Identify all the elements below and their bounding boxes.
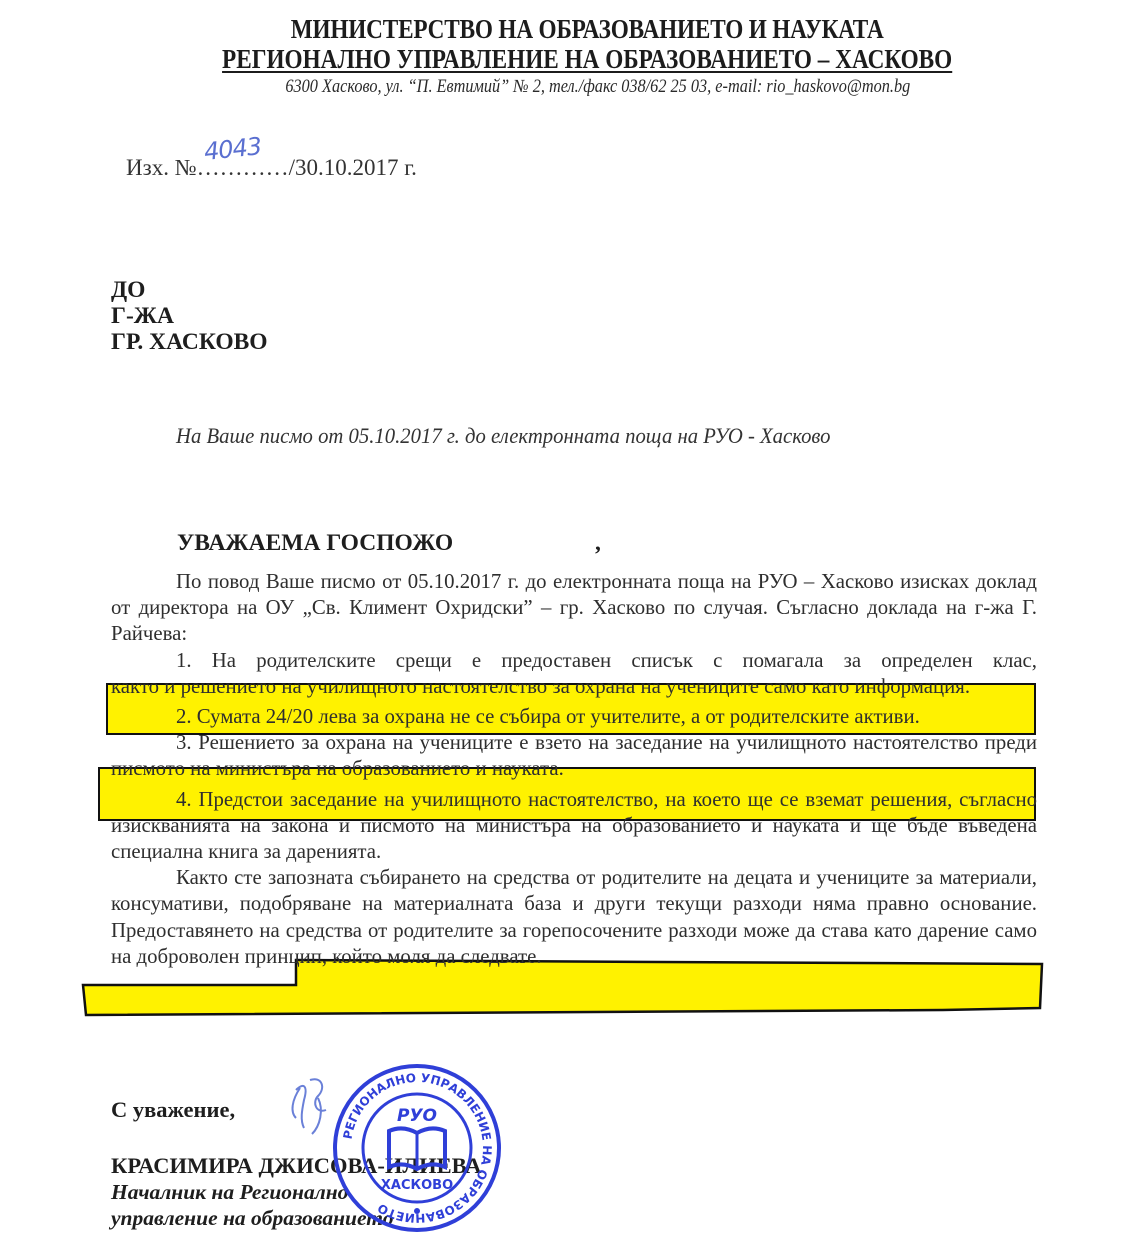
item-1-first-line: 1. На родителските срещи е предоставен с… xyxy=(111,648,1037,674)
addressee-city: ГР. ХАСКОВО xyxy=(111,329,268,356)
item-3-highlighted: 3. Решението за охрана на учениците е вз… xyxy=(111,730,1037,782)
intro-paragraph: По повод Ваше писмо от 05.10.2017 г. до … xyxy=(111,569,1037,648)
department-title: РЕГИОНАЛНО УПРАВЛЕНИЕ НА ОБРАЗОВАНИЕТО –… xyxy=(79,44,1048,75)
letter-body: По повод Ваше писмо от 05.10.2017 г. до … xyxy=(111,569,1037,970)
addressee-name: Г-ЖА xyxy=(111,303,174,330)
addressee-to: ДО xyxy=(111,277,145,304)
reference-text: Изх. №…………/30.10.2017 г. xyxy=(126,155,417,180)
stamp-center-text: РУО xyxy=(397,1106,437,1126)
subject-line: На Ваше писмо от 05.10.2017 г. до електр… xyxy=(176,423,831,449)
signatory-title-1: Началник на Регионално xyxy=(111,1180,348,1205)
handwritten-number: 4043 xyxy=(203,132,263,166)
closing-highlighted: Предоставянето на средства от родителите… xyxy=(111,919,1037,968)
official-stamp-icon: РЕГИОНАЛНО УПРАВЛЕНИЕ НА ОБРАЗОВАНИЕТО Р… xyxy=(327,1063,507,1233)
salutation-comma: , xyxy=(595,530,601,557)
salutation: УВАЖАЕМА ГОСПОЖО , xyxy=(177,530,453,557)
stamp-city-text: ХАСКОВО xyxy=(381,1178,453,1193)
reference-line: Изх. №…………/30.10.2017 г. 4043 xyxy=(126,155,417,181)
salutation-text: УВАЖАЕМА ГОСПОЖО xyxy=(177,530,453,556)
item-4: 4. Предстои заседание на училищното наст… xyxy=(111,787,1037,866)
department-title-text: РЕГИОНАЛНО УПРАВЛЕНИЕ НА ОБРАЗОВАНИЕТО –… xyxy=(222,44,952,74)
contact-line: 6300 Хасково, ул. “П. Евтимий” № 2, тел.… xyxy=(68,77,1060,98)
item-1-highlighted: както и решението на училищното настояте… xyxy=(111,674,1037,700)
ministry-title: МИНИСТЕРСТВО НА ОБРАЗОВАНИЕТО И НАУКАТА xyxy=(79,14,1048,45)
closing-paragraph: Както сте запозната събирането на средст… xyxy=(111,865,1037,970)
closing-plain: Както сте запозната събирането на средст… xyxy=(111,866,1037,915)
regards: С уважение, xyxy=(111,1097,235,1123)
item-2: 2. Сумата 24/20 лева за охрана не се съб… xyxy=(111,704,1037,730)
